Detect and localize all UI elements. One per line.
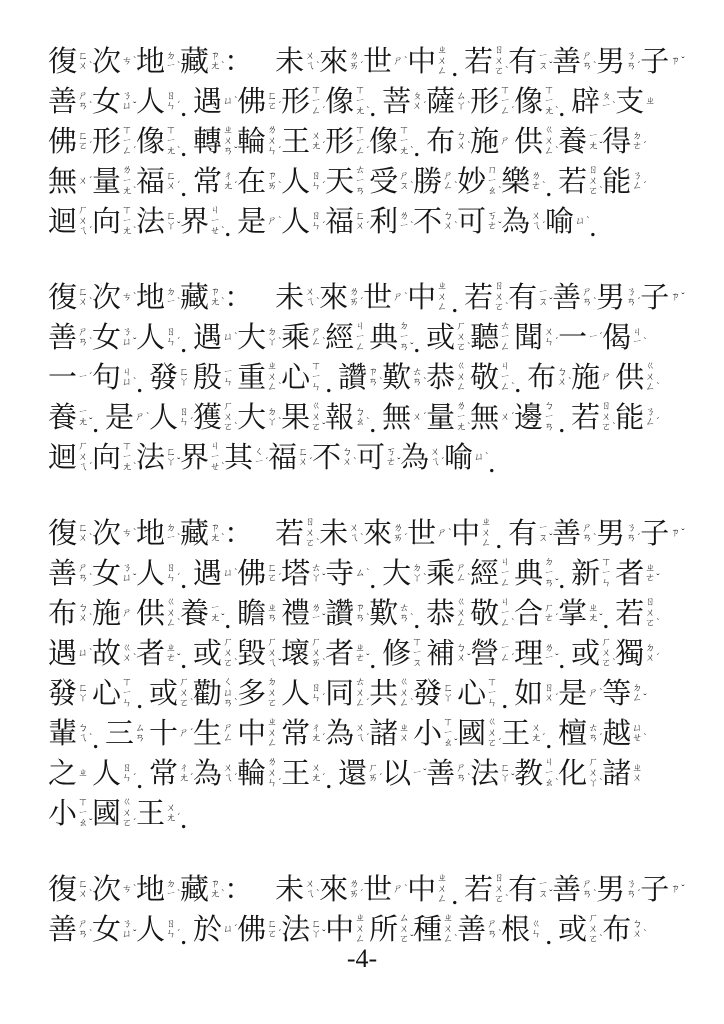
char-cell: 來ㄌㄞˊ xyxy=(319,278,362,318)
hanzi: 歎 xyxy=(382,358,411,398)
char-cell: 子ㄗˇ xyxy=(640,278,683,318)
zhuyin-annotation: ㄓㄤˇ xyxy=(588,594,601,634)
char-cell: 量ㄌㄧㄤˋ xyxy=(92,162,135,202)
zhuyin-annotation: ㄧㄤˇ xyxy=(210,594,223,634)
char-cell: 善ㄕㄢˋ xyxy=(552,514,595,554)
char-cell: 如ㄖㄨˊ xyxy=(514,674,557,714)
zhuyin-annotation: ㄏㄨㄚˋ xyxy=(588,754,601,794)
hanzi: 迴 xyxy=(48,202,77,242)
zhuyin-annotation: ㄈㄛˊ xyxy=(78,122,91,162)
char-cell: 以ㄧˇ xyxy=(382,754,425,794)
char-cell: 未ㄨㄟˋ xyxy=(275,870,318,910)
char-cell: 來ㄌㄞˊ xyxy=(363,514,406,554)
hanzi: 塔 xyxy=(281,554,310,594)
zhuyin-annotation: ㄈㄚˇ xyxy=(166,438,179,478)
zhuyin-annotation: ㄍㄨㄥ xyxy=(456,594,469,634)
zhuyin-annotation: ㄍㄨㄥˋ xyxy=(544,122,557,162)
char-cell: 養ㄧㄤˇ xyxy=(48,398,91,438)
char-cell: 讚ㄗㄢˋ xyxy=(325,594,368,634)
char-cell: 喻ㄩˋ xyxy=(444,438,487,478)
char-cell: 者ㄓㄜˇ xyxy=(615,554,658,594)
zhuyin-annotation: ㄋㄢˊ xyxy=(626,278,639,318)
char-cell: 界ㄐㄧㄝˋ xyxy=(180,438,223,478)
zhuyin-annotation: ㄓㄜˇ xyxy=(645,554,658,594)
hanzi: 次 xyxy=(92,514,121,554)
char-cell: 常ㄔㄤˊ xyxy=(149,754,192,794)
hanzi: 王 xyxy=(136,794,165,834)
zhuyin-annotation: ㄒㄧㄣ xyxy=(487,674,500,714)
zhuyin-annotation: ㄏㄨㄛˋ xyxy=(601,634,614,674)
char-cell: 遇ㄩˋ xyxy=(193,318,236,358)
hanzi: 邊 xyxy=(514,398,543,438)
char-cell: 得ㄉㄜˊ xyxy=(602,122,645,162)
zhuyin-annotation: ㄒㄧㄤˋ xyxy=(355,82,368,122)
char-cell: 地ㄉㄧˋ xyxy=(136,870,179,910)
char-cell: 理ㄌㄧˇ xyxy=(514,634,557,674)
text-line: 復ㄈㄨˋ次ㄘˋ地ㄉㄧˋ藏ㄗㄤˋ：未ㄨㄟˋ來ㄌㄞˊ世ㄕˋ中ㄓㄨㄥ.若ㄖㄨㄛˋ有ㄧㄡ… xyxy=(48,278,688,318)
char-cell: 多ㄉㄨㄛ xyxy=(237,674,280,714)
hanzi: 善 xyxy=(48,554,77,594)
hanzi: 大 xyxy=(237,318,266,358)
hanzi: 為 xyxy=(400,438,429,478)
hanzi: 勸 xyxy=(193,674,222,714)
char-cell: 善ㄕㄢˋ xyxy=(552,278,595,318)
zhuyin-annotation: ㄅㄨˋ xyxy=(342,438,355,478)
hanzi: 男 xyxy=(596,278,625,318)
zhuyin-annotation: ㄅㄨˇ xyxy=(456,634,469,674)
text-line: 復ㄈㄨˋ次ㄘˋ地ㄉㄧˋ藏ㄗㄤˋ：未ㄨㄟˋ來ㄌㄞˊ世ㄕˋ中ㄓㄨㄥ.若ㄖㄨㄛˋ有ㄧㄡ… xyxy=(48,42,688,82)
hanzi: 合 xyxy=(514,594,543,634)
zhuyin-annotation: ㄧㄥˊ xyxy=(500,634,513,674)
char-cell: 補ㄅㄨˇ xyxy=(426,634,469,674)
hanzi: 支 xyxy=(615,82,644,122)
hanzi: 人 xyxy=(136,318,165,358)
zhuyin-annotation: ㄐㄧˋ xyxy=(632,318,645,358)
char-cell: 經ㄐㄧㄥ xyxy=(325,318,368,358)
zhuyin-annotation: ㄉㄚˋ xyxy=(412,554,425,594)
zhuyin-annotation: ㄍㄨㄥˋ xyxy=(166,594,179,634)
char-cell: 大ㄉㄚˋ xyxy=(237,318,280,358)
char-cell: 遇ㄩˋ xyxy=(48,634,91,674)
char-cell: 男ㄋㄢˊ xyxy=(596,278,639,318)
hanzi: 布 xyxy=(426,122,455,162)
hanzi: 不 xyxy=(413,202,442,242)
hanzi: 人 xyxy=(281,674,310,714)
char-cell: 轉ㄓㄨㄢˇ xyxy=(193,122,236,162)
zhuyin-annotation: ㄕㄢˋ xyxy=(78,318,91,358)
char-cell: 諸ㄓㄨ xyxy=(369,714,412,754)
char-cell: 次ㄘˋ xyxy=(92,42,135,82)
hanzi: 地 xyxy=(136,278,165,318)
zhuyin-annotation: ㄖㄨㄛˋ xyxy=(645,594,658,634)
zhuyin-annotation: ㄈㄚ xyxy=(78,674,91,714)
hanzi: 佛 xyxy=(237,554,266,594)
hanzi: 殷 xyxy=(193,358,222,398)
char-cell: 世ㄕˋ xyxy=(407,514,450,554)
hanzi: 瞻 xyxy=(237,594,266,634)
hanzi: 像 xyxy=(325,82,354,122)
hanzi: 其 xyxy=(224,438,253,478)
hanzi: 復 xyxy=(48,42,77,82)
tone-mark: ˋ xyxy=(643,930,646,941)
hanzi: 一 xyxy=(48,358,77,398)
zhuyin-annotation: ㄏㄜˊ xyxy=(544,594,557,634)
hanzi: 無 xyxy=(382,398,411,438)
char-cell: 合ㄏㄜˊ xyxy=(514,594,557,634)
zhuyin-annotation: ㄌㄧㄤˋ xyxy=(122,162,135,202)
char-cell: 人ㄖㄣˊ xyxy=(281,674,324,714)
tone-mark: ˋ xyxy=(643,734,646,745)
zhuyin-annotation: ㄧㄡˇ xyxy=(538,42,551,82)
punctuation: . xyxy=(488,438,500,484)
hanzi: 像 xyxy=(514,82,543,122)
hanzi: 國 xyxy=(457,714,486,754)
hanzi: 形 xyxy=(325,122,354,162)
zhuyin-annotation: ㄩˋ xyxy=(223,554,236,594)
hanzi: 像 xyxy=(136,122,165,162)
hanzi: 在 xyxy=(237,162,266,202)
zhuyin-annotation: ㄈㄨˋ xyxy=(78,278,91,318)
hanzi: 大 xyxy=(382,554,411,594)
zhuyin-annotation: ㄨㄤˊ xyxy=(166,794,179,834)
hanzi: 善 xyxy=(552,42,581,82)
char-cell: 是ㄕˋ xyxy=(558,674,601,714)
hanzi: 無 xyxy=(48,162,77,202)
hanzi: 善 xyxy=(426,754,455,794)
fullwidth-space xyxy=(249,42,275,82)
hanzi: 法 xyxy=(136,202,165,242)
char-cell: 菩ㄆㄨˊ xyxy=(382,82,425,122)
zhuyin-annotation: ㄈㄨˊ xyxy=(298,438,311,478)
hanzi: 理 xyxy=(514,634,543,674)
char-cell: 勸ㄑㄩㄢˋ xyxy=(193,674,236,714)
hanzi: 向 xyxy=(92,438,121,478)
hanzi: 辟 xyxy=(571,82,600,122)
char-cell: 者ㄓㄜˇ xyxy=(325,634,368,674)
char-cell: 中ㄓㄨㄥ xyxy=(451,514,494,554)
zhuyin-annotation: ㄉㄜˊ xyxy=(632,122,645,162)
tone-mark: ˇ xyxy=(681,293,684,304)
zhuyin-annotation: ㄩˋ xyxy=(223,82,236,122)
hanzi: 人 xyxy=(281,162,310,202)
tone-mark: ˇ xyxy=(656,574,659,585)
char-cell: 人ㄖㄣˊ xyxy=(136,318,179,358)
char-cell: 未ㄨㄟˋ xyxy=(275,278,318,318)
char-cell: 敬ㄐㄧㄥˋ xyxy=(470,594,513,634)
zhuyin-annotation: ㄧㄡˇ xyxy=(538,514,551,554)
hanzi: 能 xyxy=(602,162,631,202)
char-cell: 大ㄉㄚˋ xyxy=(237,398,280,438)
char-cell: 共ㄍㄨㄥˋ xyxy=(369,674,412,714)
zhuyin-annotation: ㄈㄚ xyxy=(179,358,192,398)
hanzi: 遇 xyxy=(48,634,77,674)
char-cell: 善ㄕㄢˋ xyxy=(552,870,595,910)
char-cell: 福ㄈㄨˊ xyxy=(136,162,179,202)
zhuyin-annotation: ㄏㄨㄛˋ xyxy=(456,318,469,358)
zhuyin-annotation: ㄊㄧㄥ xyxy=(500,318,513,358)
char-cell: 女ㄋㄩˇ xyxy=(92,554,135,594)
char-cell: 塔ㄊㄚˇ xyxy=(281,554,324,594)
hanzi: 中 xyxy=(407,278,436,318)
zhuyin-annotation: ㄕˋ xyxy=(135,398,148,438)
zhuyin-annotation: ㄗˇ xyxy=(670,42,683,82)
char-cell: 大ㄉㄚˋ xyxy=(382,554,425,594)
char-cell: 樂ㄌㄜˋ xyxy=(501,162,544,202)
zhuyin-annotation: ㄨㄤˊ xyxy=(531,714,544,754)
hanzi: 地 xyxy=(136,514,165,554)
char-cell: 為ㄨㄟˊ xyxy=(501,202,544,242)
zhuyin-annotation: ㄍㄨㄥˋ xyxy=(399,674,412,714)
hanzi: 遇 xyxy=(193,554,222,594)
hanzi: 獨 xyxy=(615,634,644,674)
zhuyin-annotation: ㄖㄨㄛˋ xyxy=(601,398,614,438)
hanzi: 王 xyxy=(281,754,310,794)
hanzi: 禮 xyxy=(281,594,310,634)
zhuyin-annotation: ㄅㄨˋ xyxy=(443,202,456,242)
hanzi: 男 xyxy=(596,870,625,910)
char-cell: 若ㄖㄨㄛˋ xyxy=(558,162,601,202)
char-cell: 或ㄏㄨㄛˋ xyxy=(193,634,236,674)
zhuyin-annotation: ㄒㄧㄣ xyxy=(311,358,324,398)
zhuyin-annotation: ㄋㄥˊ xyxy=(632,162,645,202)
hanzi: 讚 xyxy=(325,594,354,634)
char-cell: 或ㄏㄨㄛˋ xyxy=(426,318,469,358)
char-cell: 營ㄧㄥˊ xyxy=(470,634,513,674)
char-cell: 獨ㄉㄨˊ xyxy=(615,634,658,674)
zhuyin-annotation: ㄧˇ xyxy=(412,754,425,794)
zhuyin-annotation: ㄓㄨㄥˋ xyxy=(267,358,280,398)
char-cell: 善ㄕㄢˋ xyxy=(552,42,595,82)
hanzi: 若 xyxy=(464,278,493,318)
char-cell: 法ㄈㄚˇ xyxy=(136,438,179,478)
hanzi: 之 xyxy=(48,754,77,794)
char-cell: 男ㄋㄢˊ xyxy=(596,42,639,82)
paragraph: 復ㄈㄨˋ次ㄘˋ地ㄉㄧˋ藏ㄗㄤˋ：未ㄨㄟˋ來ㄌㄞˊ世ㄕˋ中ㄓㄨㄥ.若ㄖㄨㄛˋ有ㄧㄡ… xyxy=(48,42,688,242)
hanzi: 十 xyxy=(149,714,178,754)
hanzi: 常 xyxy=(193,162,222,202)
hanzi: 為 xyxy=(501,202,530,242)
zhuyin-annotation: ㄋㄢˊ xyxy=(626,42,639,82)
char-cell: 其ㄑㄧˊ xyxy=(224,438,267,478)
zhuyin-annotation: ㄖㄣˊ xyxy=(311,674,324,714)
char-cell: 男ㄋㄢˊ xyxy=(596,870,639,910)
char-cell: 能ㄋㄥˊ xyxy=(602,162,645,202)
char-cell: 聽ㄊㄧㄥ xyxy=(470,318,513,358)
hanzi: 向 xyxy=(92,202,121,242)
char-cell: 可ㄎㄜˇ xyxy=(356,438,399,478)
hanzi: 若 xyxy=(275,514,304,554)
zhuyin-annotation: ㄧㄤˇ xyxy=(588,122,601,162)
text-line: 善ㄕㄢˋ女ㄋㄩˇ人ㄖㄣˊ.遇ㄩˋ佛ㄈㄛˊ形ㄒㄧㄥˊ像ㄒㄧㄤˋ.菩ㄆㄨˊ薩ㄙㄚˋ形… xyxy=(48,82,688,122)
char-cell: 未ㄨㄟˋ xyxy=(319,514,362,554)
zhuyin-annotation: ㄓㄨㄢˇ xyxy=(223,122,236,162)
zhuyin-annotation: ㄩˋ xyxy=(474,438,487,478)
char-cell: 若ㄖㄨㄛˋ xyxy=(571,398,614,438)
zhuyin-annotation: ㄈㄨˋ xyxy=(78,42,91,82)
char-cell: 重ㄓㄨㄥˋ xyxy=(237,358,280,398)
zhuyin-annotation: ㄖㄨㄛˋ xyxy=(305,514,318,554)
hanzi: 無 xyxy=(470,398,499,438)
char-cell: 藏ㄗㄤˋ xyxy=(180,278,223,318)
char-cell: 像ㄒㄧㄤˋ xyxy=(325,82,368,122)
hanzi: 中 xyxy=(407,870,436,910)
hanzi: 等 xyxy=(602,674,631,714)
zhuyin-annotation: ㄆㄨˊ xyxy=(412,82,425,122)
char-cell: 施ㄕ xyxy=(571,358,614,398)
hanzi: 薩 xyxy=(426,82,455,122)
text-line: 遇ㄩˋ故ㄍㄨˋ者ㄓㄜˇ.或ㄏㄨㄛˋ毀ㄏㄨㄟˇ壞ㄏㄨㄞˋ者ㄓㄜˇ.修ㄒㄧㄡ補ㄅㄨˇ… xyxy=(48,634,688,674)
char-cell: 施ㄕ xyxy=(92,594,135,634)
zhuyin-annotation: ㄕㄥˋ xyxy=(456,554,469,594)
zhuyin-annotation: ㄖㄣˊ xyxy=(166,554,179,594)
text-line: 小ㄒㄧㄠˇ國ㄍㄨㄛˊ王ㄨㄤˊ. xyxy=(48,794,688,834)
zhuyin-annotation: ㄨㄟˊ xyxy=(355,714,368,754)
hanzi: 若 xyxy=(464,870,493,910)
zhuyin-annotation: ㄅㄨˋ xyxy=(456,122,469,162)
char-cell: 藏ㄗㄤˋ xyxy=(180,870,223,910)
zhuyin-annotation: ㄇㄧㄠˋ xyxy=(487,162,500,202)
page-number: -4- xyxy=(0,944,724,974)
char-cell: 化ㄏㄨㄚˋ xyxy=(558,754,601,794)
zhuyin-annotation: ㄉㄚˋ xyxy=(267,398,280,438)
char-cell: 來ㄌㄞˊ xyxy=(319,870,362,910)
hanzi: 心 xyxy=(92,674,121,714)
text-line: 迴ㄏㄨㄟˊ向ㄒㄧㄤˋ法ㄈㄚˇ界ㄐㄧㄝˋ.是ㄕˋ人ㄖㄣˊ福ㄈㄨˊ利ㄌㄧˋ不ㄅㄨˋ可… xyxy=(48,202,688,242)
hanzi: 未 xyxy=(275,42,304,82)
char-cell: 若ㄖㄨㄛˋ xyxy=(275,514,318,554)
zhuyin-annotation: ㄕ xyxy=(500,122,513,162)
zhuyin-annotation: ㄖㄨㄛˋ xyxy=(494,870,507,910)
zhuyin-annotation: ㄒㄧㄥˊ xyxy=(311,82,324,122)
hanzi: 偈 xyxy=(602,318,631,358)
hanzi: 遇 xyxy=(193,82,222,122)
zhuyin-annotation: ㄓ xyxy=(645,82,658,122)
zhuyin-annotation: ㄧㄡˇ xyxy=(538,870,551,910)
zhuyin-annotation: ㄕㄢˋ xyxy=(582,278,595,318)
hanzi: 布 xyxy=(48,594,77,634)
char-cell: 諸ㄓㄨ xyxy=(602,754,645,794)
hanzi: 可 xyxy=(457,202,486,242)
char-cell: 中ㄓㄨㄥ xyxy=(237,714,280,754)
hanzi: 供 xyxy=(514,122,543,162)
zhuyin-annotation: ㄏㄨㄞˋ xyxy=(311,634,324,674)
hanzi: 三 xyxy=(105,714,134,754)
char-cell: 迴ㄏㄨㄟˊ xyxy=(48,438,91,478)
hanzi: 樂 xyxy=(501,162,530,202)
char-cell: 毀ㄏㄨㄟˇ xyxy=(237,634,280,674)
char-cell: 歎ㄊㄢˋ xyxy=(382,358,425,398)
char-cell: 世ㄕˋ xyxy=(363,870,406,910)
zhuyin-annotation: ㄨㄟˋ xyxy=(305,278,318,318)
zhuyin-annotation: ㄨㄟˋ xyxy=(305,870,318,910)
char-cell: 像ㄒㄧㄤˋ xyxy=(136,122,179,162)
zhuyin-annotation: ㄖㄣˊ xyxy=(122,754,135,794)
tone-mark: ˇ xyxy=(643,694,646,705)
zhuyin-annotation: ㄗˇ xyxy=(670,514,683,554)
zhuyin-annotation: ㄌㄧˋ xyxy=(399,202,412,242)
hanzi: 同 xyxy=(325,674,354,714)
zhuyin-annotation: ㄧˊ xyxy=(78,358,91,398)
zhuyin-annotation: ㄌㄨㄣˊ xyxy=(267,754,280,794)
hanzi: 善 xyxy=(552,870,581,910)
zhuyin-annotation: ㄖㄣˊ xyxy=(311,162,324,202)
zhuyin-annotation: ㄈㄨˊ xyxy=(355,202,368,242)
zhuyin-annotation: ㄗㄤˋ xyxy=(210,278,223,318)
hanzi: 世 xyxy=(407,514,436,554)
zhuyin-annotation: ㄐㄧㄥ xyxy=(500,554,513,594)
zhuyin-annotation: ㄕ xyxy=(601,358,614,398)
hanzi: 歎 xyxy=(369,594,398,634)
zhuyin-annotation: ㄖㄨㄛˋ xyxy=(494,278,507,318)
char-cell: 世ㄕˋ xyxy=(363,278,406,318)
char-cell: 王ㄨㄤˊ xyxy=(281,754,324,794)
hanzi: 多 xyxy=(237,674,266,714)
zhuyin-annotation: ㄉㄨˊ xyxy=(645,634,658,674)
zhuyin-annotation: ㄅㄟˋ xyxy=(78,714,91,754)
zhuyin-annotation: ㄩㄝˋ xyxy=(632,714,645,754)
hanzi: 法 xyxy=(470,754,499,794)
char-cell: 有ㄧㄡˇ xyxy=(508,42,551,82)
char-cell: 小ㄒㄧㄠˇ xyxy=(48,794,91,834)
zhuyin-annotation: ㄕㄢˋ xyxy=(582,514,595,554)
hanzi: 或 xyxy=(571,634,600,674)
hanzi: 心 xyxy=(281,358,310,398)
hanzi: 未 xyxy=(275,870,304,910)
hanzi: 復 xyxy=(48,870,77,910)
char-cell: 次ㄘˋ xyxy=(92,514,135,554)
char-cell: 為ㄨㄟˊ xyxy=(325,714,368,754)
hanzi: 國 xyxy=(92,794,121,834)
char-cell: 壞ㄏㄨㄞˋ xyxy=(281,634,324,674)
hanzi: 人 xyxy=(136,82,165,122)
hanzi: 得 xyxy=(602,122,631,162)
zhuyin-annotation: ㄍㄨㄥˋ xyxy=(645,358,658,398)
zhuyin-annotation: ㄉㄧㄢˇ xyxy=(544,554,557,594)
char-cell: 善ㄕㄢˋ xyxy=(48,318,91,358)
char-cell: 人ㄖㄣˊ xyxy=(149,398,192,438)
hanzi: 子 xyxy=(640,514,669,554)
char-cell: 若ㄖㄨㄛˋ xyxy=(464,278,507,318)
zhuyin-annotation: ㄧˊ xyxy=(588,318,601,358)
char-cell: 有ㄧㄡˇ xyxy=(508,514,551,554)
zhuyin-annotation: ㄧㄣ xyxy=(223,358,236,398)
char-cell: 者ㄓㄜˇ xyxy=(136,634,179,674)
char-cell: 供ㄍㄨㄥˋ xyxy=(615,358,658,398)
hanzi: 是 xyxy=(105,398,134,438)
char-cell: 無ㄨˊ xyxy=(470,398,513,438)
hanzi: 人 xyxy=(281,202,310,242)
char-cell: 寺ㄙˋ xyxy=(325,554,368,594)
zhuyin-annotation: ㄋㄩˇ xyxy=(122,554,135,594)
zhuyin-annotation: ㄕㄥˋ xyxy=(443,162,456,202)
hanzi: 壞 xyxy=(281,634,310,674)
hanzi: 故 xyxy=(92,634,121,674)
hanzi: 善 xyxy=(552,514,581,554)
text-line: 復ㄈㄨˋ次ㄘˋ地ㄉㄧˋ藏ㄗㄤˋ：若ㄖㄨㄛˋ未ㄨㄟˋ來ㄌㄞˊ世ㄕˋ中ㄓㄨㄥ.有ㄧㄡ… xyxy=(48,514,688,554)
hanzi: 界 xyxy=(180,438,209,478)
zhuyin-annotation: ㄒㄧㄤˋ xyxy=(544,82,557,122)
char-cell: 未ㄨㄟˋ xyxy=(275,42,318,82)
zhuyin-annotation: ㄓㄨ xyxy=(399,714,412,754)
hanzi: 發 xyxy=(48,674,77,714)
hanzi: 諸 xyxy=(602,754,631,794)
zhuyin-annotation: ㄙˋ xyxy=(355,554,368,594)
zhuyin-annotation: ㄈㄚ xyxy=(443,674,456,714)
char-cell: 常ㄔㄤˊ xyxy=(193,162,236,202)
char-cell: 還ㄏㄞˊ xyxy=(338,754,381,794)
zhuyin-annotation: ㄗㄢˋ xyxy=(368,358,381,398)
zhuyin-annotation: ㄊㄨㄥˊ xyxy=(355,674,368,714)
